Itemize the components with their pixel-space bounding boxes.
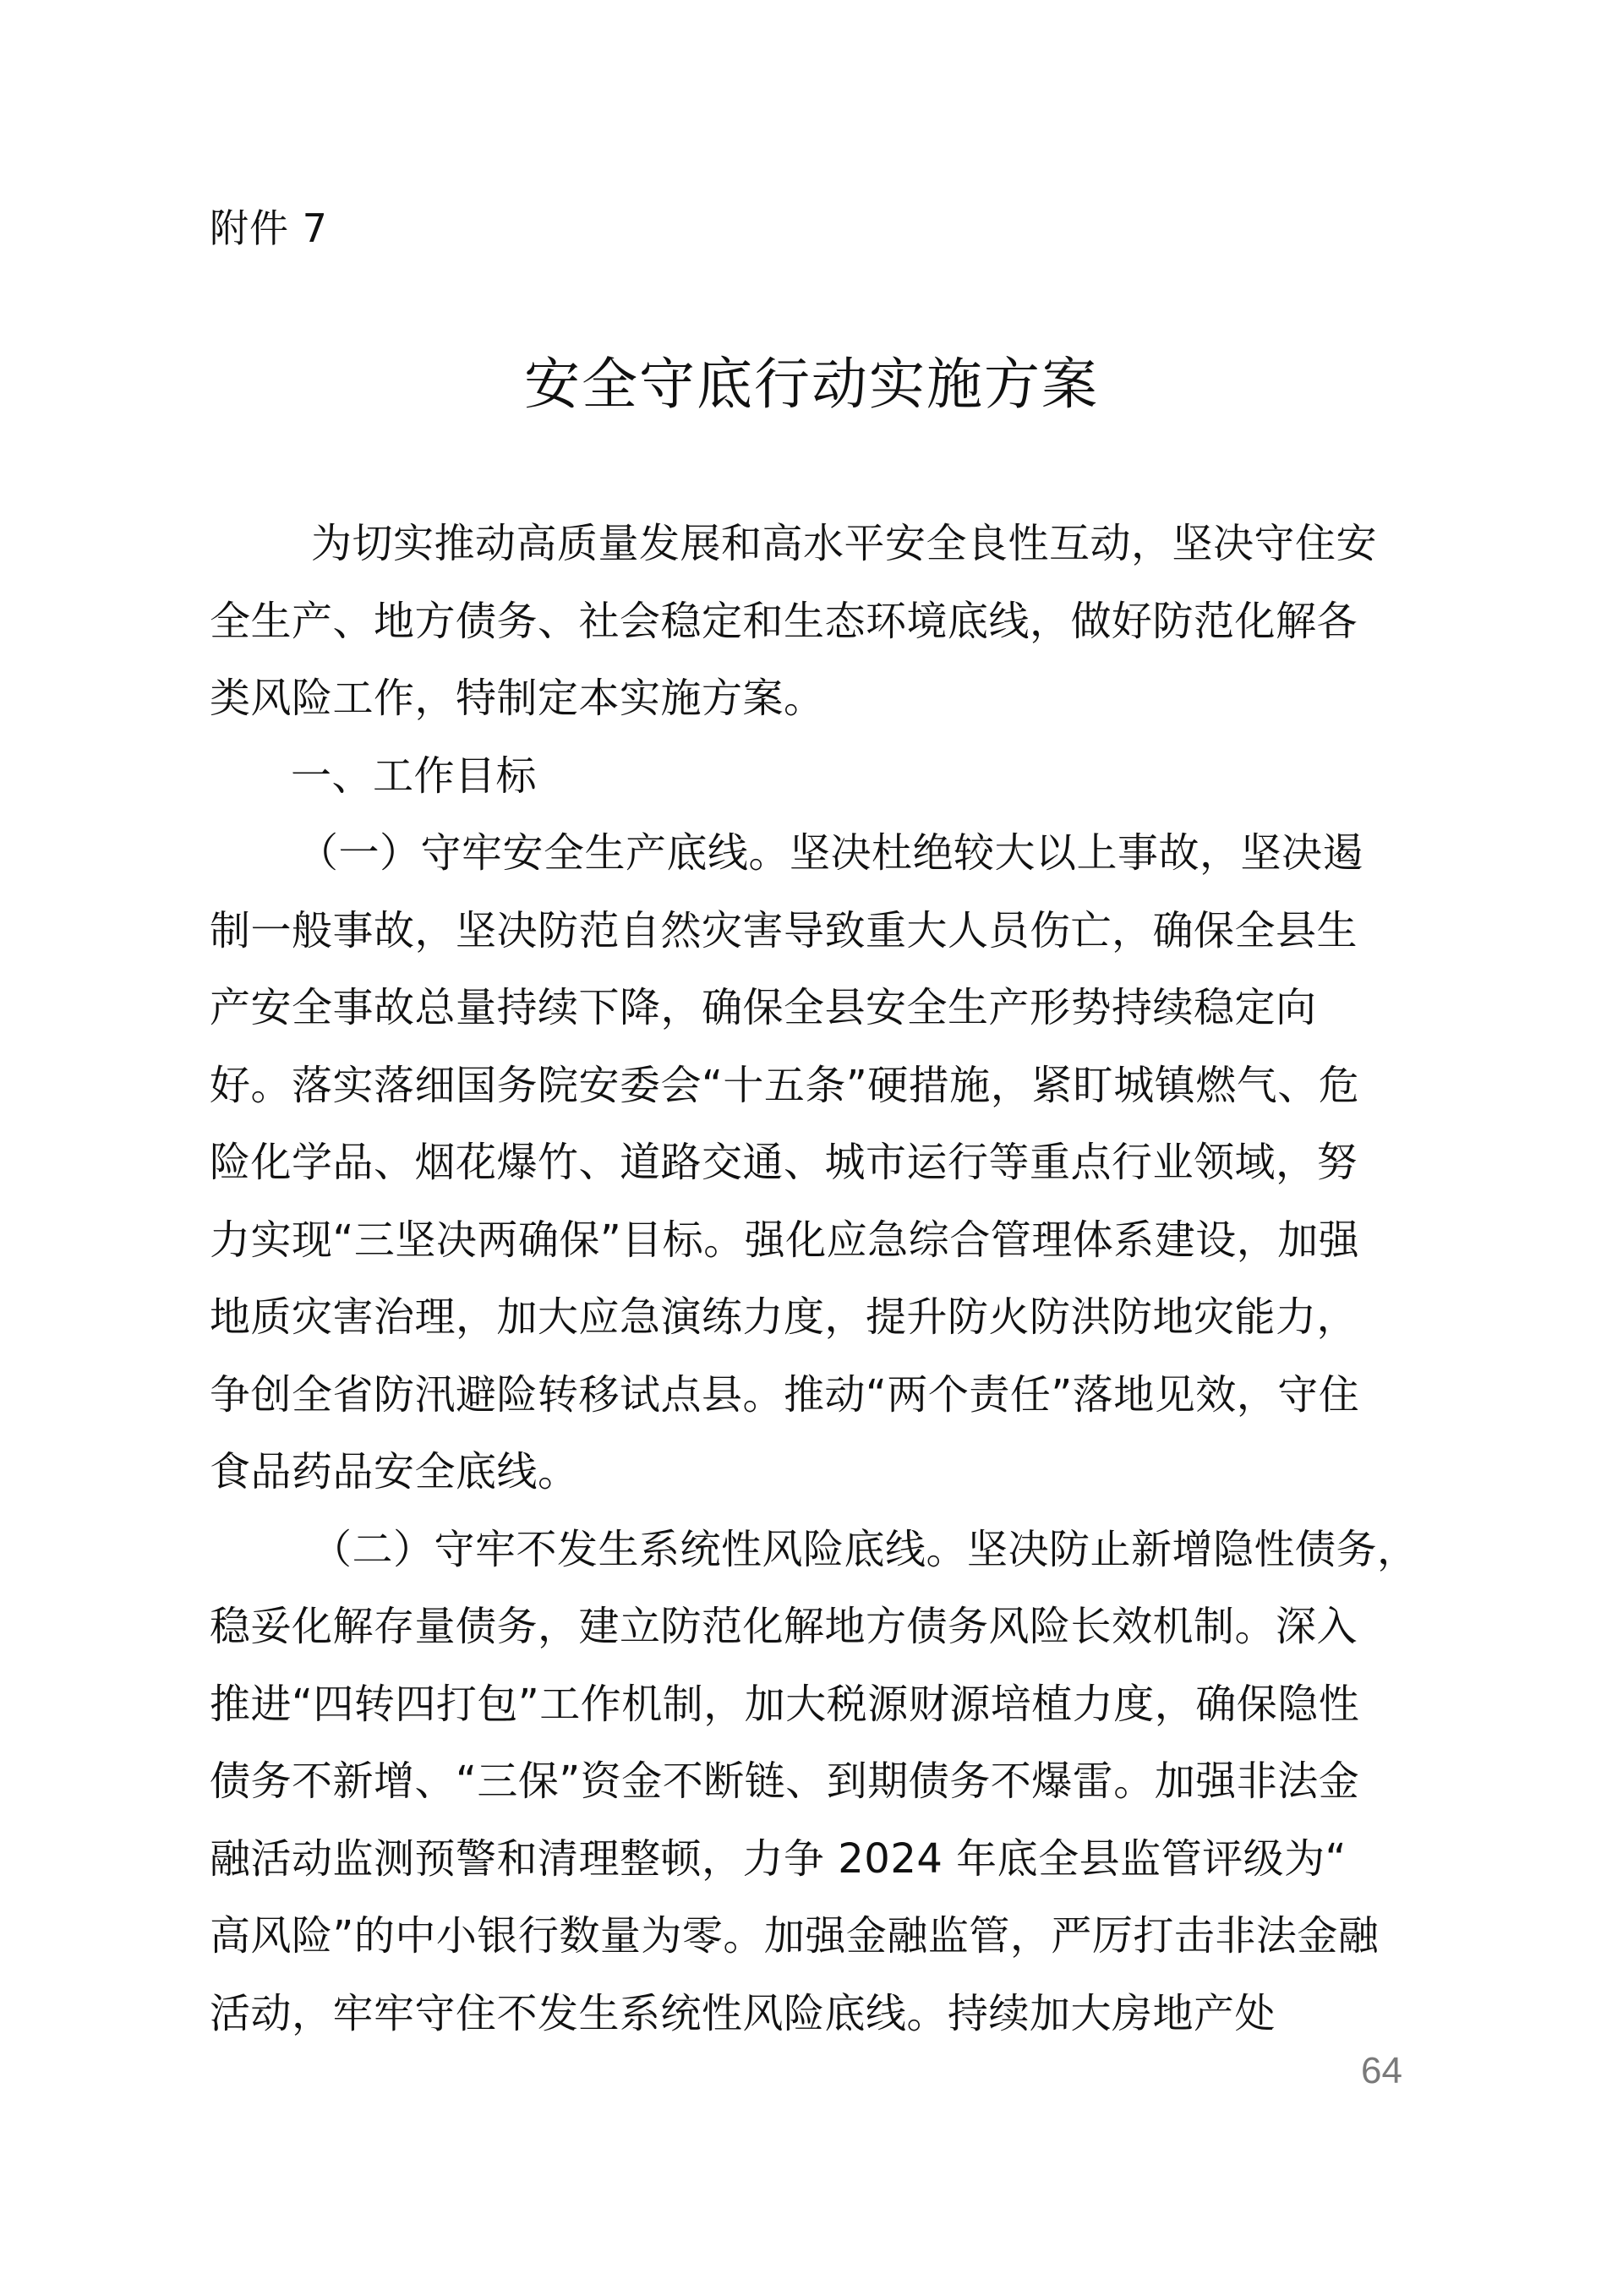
subsection-2-line: 活动，牢牢守住不发生系统性风险底线。持续加大房地产处 bbox=[210, 1976, 1427, 2053]
subsection-1-line: 食品药品安全底线。 bbox=[210, 1434, 1427, 1512]
subsection-1-line: 力实现“三坚决两确保”目标。强化应急综合管理体系建设，加强 bbox=[210, 1202, 1427, 1280]
subsection-2-line: 融活动监测预警和清理整顿，力争 2024 年底全县监管评级为“ bbox=[210, 1821, 1427, 1899]
subsection-1-line: 争创全省防汛避险转移试点县。推动“两个责任”落地见效，守住 bbox=[210, 1357, 1427, 1435]
intro-paragraph-line: 全生产、地方债务、社会稳定和生态环境底线，做好防范化解各 bbox=[210, 583, 1427, 661]
attachment-label: 附件 7 bbox=[210, 203, 328, 254]
subsection-2-line: 推进“四转四打包”工作机制，加大税源财源培植力度，确保隐性 bbox=[210, 1666, 1427, 1744]
subsection-1-line: 制一般事故，坚决防范自然灾害导致重大人员伤亡，确保全县生 bbox=[210, 893, 1427, 970]
section-heading: 一、工作目标 bbox=[210, 738, 1427, 816]
subsection-1-line: （一）守牢安全生产底线。坚决杜绝较大以上事故，坚决遏 bbox=[210, 815, 1427, 893]
subsection-1-line: 好。落实落细国务院安委会“十五条”硬措施，紧盯城镇燃气、危 bbox=[210, 1047, 1427, 1125]
document-title: 安全守底行动实施方案 bbox=[0, 347, 1623, 423]
page-number: 64 bbox=[1361, 2046, 1402, 2096]
document-page: 附件 7 安全守底行动实施方案 为切实推动高质量发展和高水平安全良性互动，坚决守… bbox=[0, 0, 1623, 2296]
subsection-1-line: 产安全事故总量持续下降，确保全县安全生产形势持续稳定向 bbox=[210, 970, 1427, 1047]
subsection-1-line: 地质灾害治理，加大应急演练力度，提升防火防洪防地灾能力， bbox=[210, 1279, 1427, 1357]
subsection-2-line: 债务不新增、“三保”资金不断链、到期债务不爆雷。加强非法金 bbox=[210, 1743, 1427, 1821]
subsection-2-line: 高风险”的中小银行数量为零。加强金融监管，严厉打击非法金融 bbox=[210, 1898, 1427, 1976]
intro-paragraph-line: 类风险工作，特制定本实施方案。 bbox=[210, 660, 1427, 738]
document-body: 为切实推动高质量发展和高水平安全良性互动，坚决守住安 全生产、地方债务、社会稳定… bbox=[210, 506, 1427, 2053]
subsection-2-line: 稳妥化解存量债务，建立防范化解地方债务风险长效机制。深入 bbox=[210, 1588, 1427, 1666]
subsection-2-line: （二）守牢不发生系统性风险底线。坚决防止新增隐性债务， bbox=[210, 1512, 1427, 1589]
subsection-1-line: 险化学品、烟花爆竹、道路交通、城市运行等重点行业领域，努 bbox=[210, 1124, 1427, 1202]
intro-paragraph-line: 为切实推动高质量发展和高水平安全良性互动，坚决守住安 bbox=[210, 506, 1427, 583]
